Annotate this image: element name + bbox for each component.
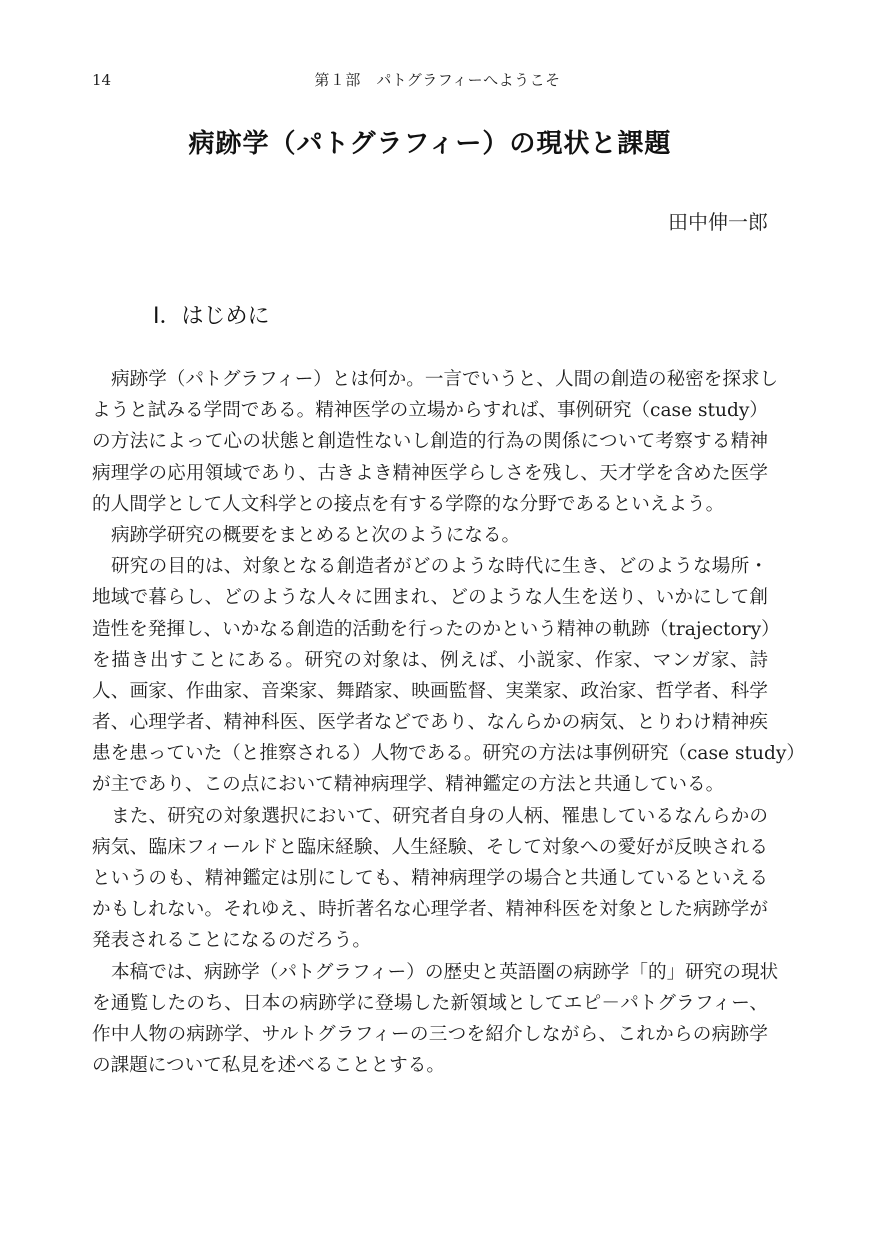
text-line: 人、画家、作曲家、音楽家、舞踏家、映画監督、実業家、政治家、哲学者、科学 [92,676,768,707]
text-line: ようと試みる学問である。精神医学の立場からすれば、事例研究（case study… [92,395,768,426]
paragraph-1: 病跡学（パトグラフィー）とは何か。一言でいうと、人間の創造の秘密を探求し ようと… [92,364,768,520]
running-header: 第１部 パトグラフィーへようこそ [0,70,875,90]
paragraph-3: 研究の目的は、対象となる創造者がどのような時代に生き、どのような場所・ 地域で暮… [92,551,768,801]
text-line: 患を患っていた（と推察される）人物である。研究の方法は事例研究（case stu… [92,738,768,769]
text-line: 病理学の応用領域であり、古きよき精神医学らしさを残し、天才学を含めた医学 [92,458,768,489]
text-line: 病跡学（パトグラフィー）とは何か。一言でいうと、人間の創造の秘密を探求し [92,364,768,395]
text-line: 本稿では、病跡学（パトグラフィー）の歴史と英語圏の病跡学「的」研究の現状 [92,957,768,988]
text-line: 作中人物の病跡学、サルトグラフィーの三つを紹介しながら、これからの病跡学 [92,1019,768,1050]
text-line: 的人間学として人文科学との接点を有する学際的な分野であるといえよう。 [92,489,768,520]
text-line: 発表されることになるのだろう。 [92,925,768,956]
text-line: また、研究の対象選択において、研究者自身の人柄、罹患しているなんらかの [92,801,768,832]
text-line: かもしれない。それゆえ、時折著名な心理学者、精神科医を対象とした病跡学が [92,894,768,925]
text-line: 研究の目的は、対象となる創造者がどのような時代に生き、どのような場所・ [92,551,768,582]
author-name: 田中伸一郎 [668,208,768,236]
paragraph-2: 病跡学研究の概要をまとめると次のようになる。 [92,520,768,551]
paragraph-4: また、研究の対象選択において、研究者自身の人柄、罹患しているなんらかの 病気、臨… [92,801,768,957]
body-text: 病跡学（パトグラフィー）とは何か。一言でいうと、人間の創造の秘密を探求し ようと… [92,364,768,1081]
article-title: 病跡学（パトグラフィー）の現状と課題 [0,126,860,162]
text-line: を通覧したのち、日本の病跡学に登場した新領域としてエピ－パトグラフィー、 [92,988,768,1019]
text-line: を描き出すことにある。研究の対象は、例えば、小説家、作家、マンガ家、詩 [92,645,768,676]
text-line: というのも、精神鑑定は別にしても、精神病理学の場合と共通しているといえる [92,863,768,894]
text-line: が主であり、この点において精神病理学、精神鑑定の方法と共通している。 [92,769,768,800]
text-line: 造性を発揮し、いかなる創造的活動を行ったのかという精神の軌跡（trajector… [92,614,768,645]
text-line: 者、心理学者、精神科医、医学者などであり、なんらかの病気、とりわけ精神疾 [92,707,768,738]
text-line: 病気、臨床フィールドと臨床経験、人生経験、そして対象への愛好が反映される [92,832,768,863]
text-line: 病跡学研究の概要をまとめると次のようになる。 [92,520,768,551]
text-line: 地域で暮らし、どのような人々に囲まれ、どのような人生を送り、いかにして創 [92,582,768,613]
text-line: の方法によって心の状態と創造性ないし創造的行為の関係について考察する精神 [92,426,768,457]
section-heading: Ⅰ．はじめに [153,302,270,332]
text-line: の課題について私見を述べることとする。 [92,1050,768,1081]
paragraph-5: 本稿では、病跡学（パトグラフィー）の歴史と英語圏の病跡学「的」研究の現状 を通覧… [92,957,768,1082]
